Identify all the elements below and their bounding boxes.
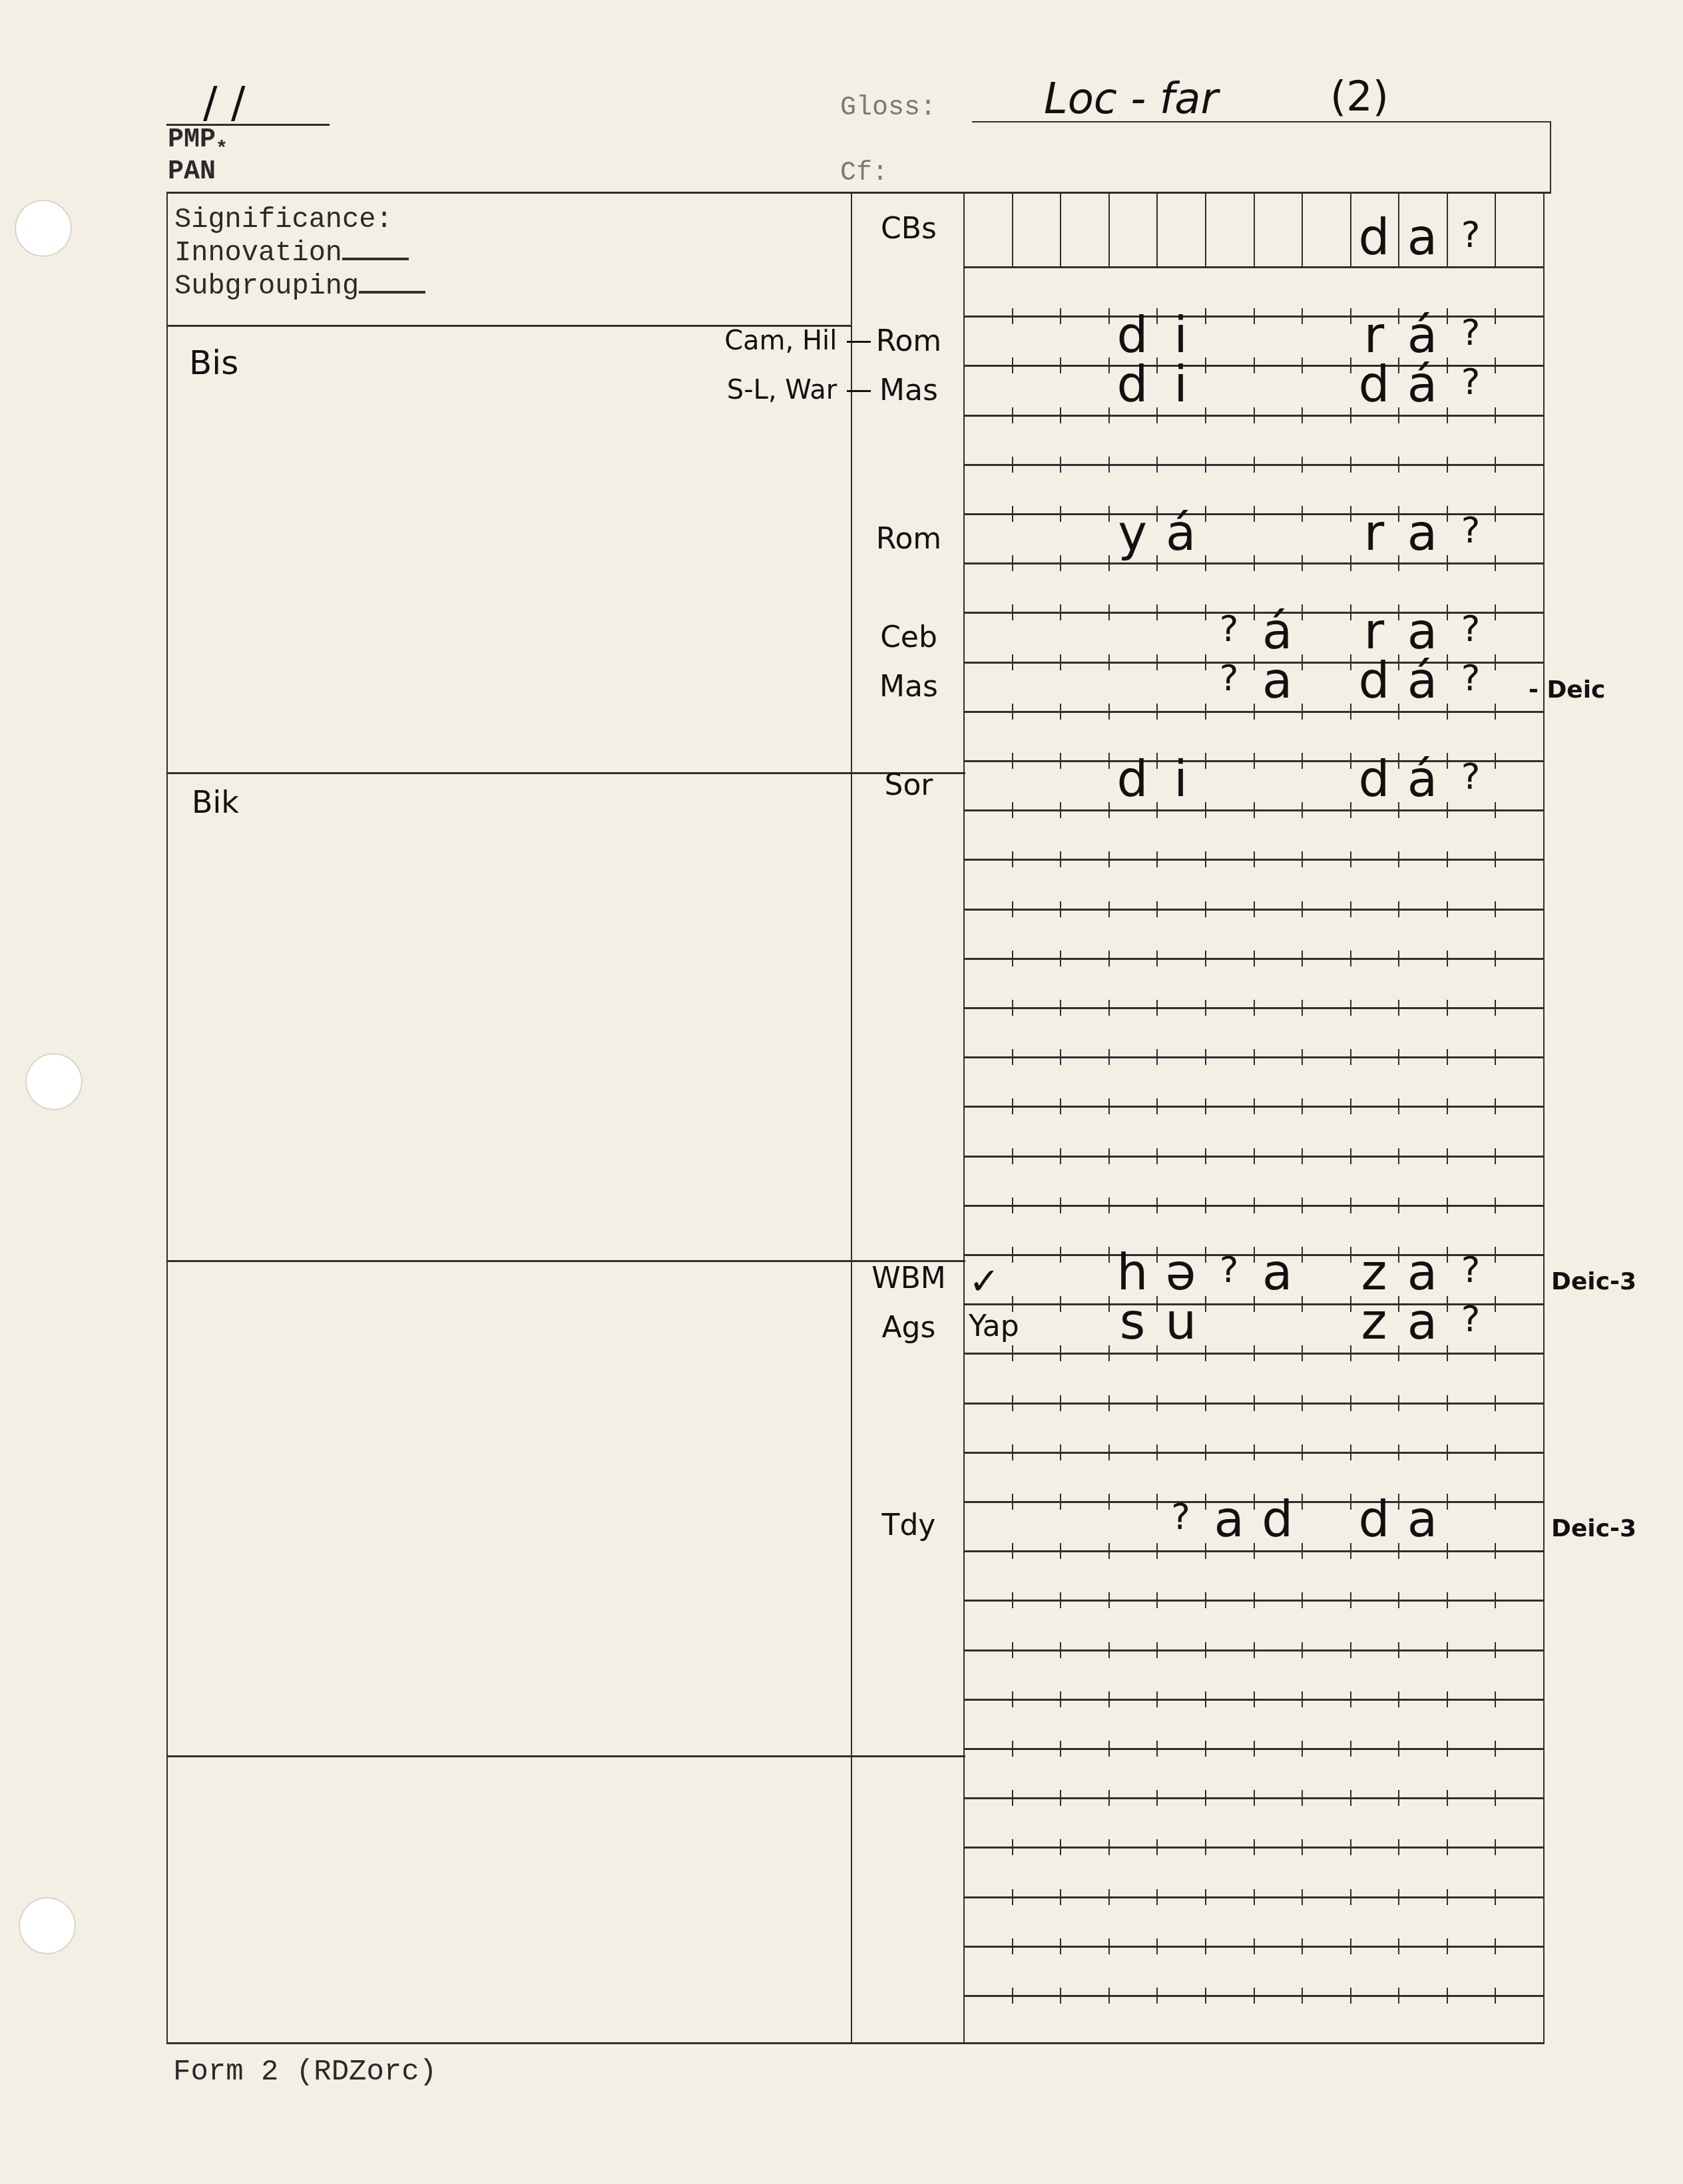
grid-tick — [1012, 901, 1013, 917]
grid-tick — [1302, 1345, 1303, 1361]
entry-segment: r — [1350, 607, 1399, 656]
grid-tick — [1447, 407, 1448, 423]
grid-tick — [1156, 1741, 1158, 1757]
grid-tick — [1495, 1098, 1496, 1114]
grid-tick — [1205, 457, 1206, 473]
grid-tick — [1254, 1296, 1255, 1312]
grid-tick — [1254, 851, 1255, 867]
grid-tick — [1302, 1000, 1303, 1016]
grid-tick — [1495, 1889, 1496, 1905]
grid-tick — [1495, 1592, 1496, 1608]
grid-tick — [1012, 1691, 1013, 1707]
grid-tick — [1254, 1049, 1255, 1065]
grid-tick — [1495, 1839, 1496, 1855]
grid-tick — [1012, 1938, 1013, 1954]
grid-tick — [1156, 1543, 1158, 1559]
grid-tick — [1156, 704, 1158, 720]
entry-language: CBs — [859, 212, 959, 246]
grid-tick — [1398, 1691, 1399, 1707]
grid-tick — [1254, 1741, 1255, 1757]
grid-tick — [1205, 1444, 1206, 1460]
grid-tick — [1012, 1988, 1013, 2004]
grid-tick — [1012, 951, 1013, 967]
gloss-number: (2) — [1330, 72, 1389, 120]
entry-segment: ? — [1205, 660, 1254, 696]
entry-segment: ? — [1447, 513, 1495, 548]
grid-tick — [1254, 506, 1255, 522]
grid-tick — [1205, 357, 1206, 373]
entry-segment: a — [1398, 509, 1447, 558]
grid-tick — [1254, 1938, 1255, 1954]
grid-tick — [1350, 1691, 1351, 1707]
entry-segment: d — [1350, 1495, 1399, 1544]
grid-tick — [1108, 1198, 1110, 1213]
grid-tick — [1350, 951, 1351, 967]
grid-tick — [1205, 1098, 1206, 1114]
entry-segment: d — [1350, 755, 1399, 804]
grid-tick — [1447, 1198, 1448, 1213]
grid-tick — [1302, 654, 1303, 670]
grid-tick — [1205, 851, 1206, 867]
grid-tick — [1447, 1345, 1448, 1361]
grid-tick — [1350, 1543, 1351, 1559]
grid-tick — [1495, 654, 1496, 670]
grid-tick — [1060, 1247, 1061, 1263]
grid-tick — [1302, 1049, 1303, 1065]
grid-tick — [1060, 1543, 1061, 1559]
grid-tick — [1495, 1296, 1496, 1312]
grid-tick — [1302, 1098, 1303, 1114]
grid-tick — [1302, 1395, 1303, 1411]
grid-tick — [1205, 1592, 1206, 1608]
grid-tick — [1254, 1198, 1255, 1213]
entry-annotation: Deic-3 — [1551, 1268, 1636, 1295]
entry-segment: h — [1108, 1248, 1157, 1297]
grid-tick — [1302, 753, 1303, 769]
grid-tick — [1254, 1345, 1255, 1361]
grid-tick — [1108, 1988, 1110, 2004]
grid-tick — [1012, 1839, 1013, 1855]
grid-tick — [1060, 1494, 1061, 1510]
entry-segment: a — [1254, 1248, 1302, 1297]
grid-tick — [1350, 1395, 1351, 1411]
grid-tick — [1302, 555, 1303, 571]
innovation-label: Innovation — [174, 237, 409, 269]
grid-tick — [1156, 654, 1158, 670]
grid-tick — [1012, 1889, 1013, 1905]
grid-tick — [1205, 1889, 1206, 1905]
grid-tick — [1398, 704, 1399, 720]
reconstruction-slashes: / / — [203, 79, 245, 128]
grid-tick — [1447, 1889, 1448, 1905]
grid-tick — [1447, 1938, 1448, 1954]
grid-tick — [1108, 1148, 1110, 1164]
grid-tick — [1205, 1741, 1206, 1757]
grid-tick — [1205, 1988, 1206, 2004]
section-divider-1 — [166, 772, 965, 774]
grid-tick — [1398, 951, 1399, 967]
grid-tick — [1447, 1839, 1448, 1855]
grid-tick — [1012, 555, 1013, 571]
entry-segment: a — [1398, 213, 1447, 262]
grid-tick — [1060, 901, 1061, 917]
grid-tick — [1060, 1741, 1061, 1757]
grid-tick — [1495, 555, 1496, 571]
entry-segment: á — [1254, 607, 1302, 656]
form-bottom-border — [166, 2042, 1545, 2044]
grid-tick — [1447, 1592, 1448, 1608]
grid-tick — [1350, 457, 1351, 473]
grid-tick — [1302, 704, 1303, 720]
grid-tick — [1398, 1345, 1399, 1361]
entry-segment: z — [1350, 1297, 1399, 1347]
entry-language: Mas — [859, 373, 959, 407]
grid-tick — [1108, 1049, 1110, 1065]
grid-column-line — [1205, 192, 1206, 266]
grid-tick — [1350, 1000, 1351, 1016]
grid-tick — [1495, 1247, 1496, 1263]
grid-tick — [1302, 1198, 1303, 1213]
grid-tick — [1254, 1098, 1255, 1114]
entry-segment: i — [1156, 360, 1205, 409]
grid-tick — [1012, 407, 1013, 423]
grid-tick — [1205, 1148, 1206, 1164]
entry-segment: z — [1350, 1248, 1399, 1297]
grid-tick — [1108, 1543, 1110, 1559]
grid-tick — [1060, 1839, 1061, 1855]
entry-segment: u — [1156, 1297, 1205, 1347]
entry-segment: ? — [1447, 217, 1495, 253]
grid-tick — [1060, 851, 1061, 867]
entry-segment: ə — [1156, 1248, 1205, 1297]
grid-tick — [1302, 1444, 1303, 1460]
grid-tick — [1302, 951, 1303, 967]
grid-column-line — [1302, 192, 1303, 266]
grid-tick — [1398, 1395, 1399, 1411]
grid-tick — [1447, 704, 1448, 720]
grid-tick — [1060, 1691, 1061, 1707]
grid-tick — [1398, 1988, 1399, 2004]
entry-segment: a — [1398, 1248, 1447, 1297]
grid-tick — [1012, 1098, 1013, 1114]
grid-tick — [1156, 1395, 1158, 1411]
grid-tick — [1302, 1642, 1303, 1658]
grid-tick — [1447, 1148, 1448, 1164]
grid-tick — [1060, 457, 1061, 473]
section-column-divider — [851, 192, 852, 2044]
entry-segment: d — [1108, 311, 1157, 360]
grid-tick — [1012, 1247, 1013, 1263]
grid-tick — [1205, 704, 1206, 720]
grid-tick — [1108, 1790, 1110, 1806]
grid-tick — [1108, 704, 1110, 720]
grid-tick — [1398, 851, 1399, 867]
pan-label: PAN — [168, 157, 216, 187]
section-label-bis: Bis — [189, 343, 238, 382]
grid-tick — [1302, 506, 1303, 522]
grid-tick — [1108, 604, 1110, 620]
grid-tick — [1398, 1938, 1399, 1954]
grid-tick — [1495, 1000, 1496, 1016]
grid-tick — [1205, 1296, 1206, 1312]
grid-tick — [1350, 1642, 1351, 1658]
grid-tick — [1060, 1000, 1061, 1016]
grid-tick — [1302, 802, 1303, 818]
grid-tick — [1254, 308, 1255, 324]
grid-tick — [1447, 555, 1448, 571]
grid-tick — [1205, 951, 1206, 967]
grid-tick — [1108, 1839, 1110, 1855]
grid-tick — [1156, 1148, 1158, 1164]
grid-tick — [1012, 1444, 1013, 1460]
grid-tick — [1447, 1494, 1448, 1510]
entry-segment: ? — [1447, 1252, 1495, 1288]
entry-segment: á — [1398, 656, 1447, 706]
entry-marker: ✓ — [969, 1260, 1000, 1303]
entry-segment: ? — [1447, 660, 1495, 696]
grid-tick — [1350, 1938, 1351, 1954]
grid-tick — [1447, 901, 1448, 917]
grid-tick — [1447, 1395, 1448, 1411]
grid-tick — [1156, 1642, 1158, 1658]
form-top-border — [166, 192, 1551, 194]
grid-tick — [1254, 1592, 1255, 1608]
grid-tick — [1060, 802, 1061, 818]
entry-segment: á — [1398, 360, 1447, 409]
grid-tick — [1012, 851, 1013, 867]
grid-tick — [1205, 1691, 1206, 1707]
grid-tick — [1447, 1444, 1448, 1460]
gloss-line — [972, 121, 1551, 122]
grid-tick — [1205, 753, 1206, 769]
grid-tick — [1254, 1691, 1255, 1707]
grid-tick — [1495, 1543, 1496, 1559]
grid-tick — [1012, 1592, 1013, 1608]
grid-tick — [1254, 1642, 1255, 1658]
grid-tick — [1495, 604, 1496, 620]
grid-tick — [1302, 1494, 1303, 1510]
grid-tick — [1205, 1198, 1206, 1213]
grid-tick — [1060, 1592, 1061, 1608]
grid-tick — [1254, 901, 1255, 917]
grid-tick — [1350, 851, 1351, 867]
entry-segment: i — [1156, 755, 1205, 804]
grid-tick — [1495, 1642, 1496, 1658]
grid-tick — [1447, 457, 1448, 473]
grid-tick — [1012, 308, 1013, 324]
grid-tick — [1156, 901, 1158, 917]
grid-tick — [1108, 1098, 1110, 1114]
entry-segment: a — [1205, 1495, 1254, 1544]
grid-tick — [1254, 753, 1255, 769]
grid-tick — [1302, 1592, 1303, 1608]
grid-tick — [1350, 1444, 1351, 1460]
grid-tick — [1350, 1198, 1351, 1213]
grid-column-line — [1495, 192, 1496, 266]
grid-tick — [1254, 457, 1255, 473]
entry-annotation: - Deic — [1529, 676, 1605, 704]
entry-language: Rom — [859, 324, 959, 358]
grid-tick — [1108, 1691, 1110, 1707]
grid-tick — [1156, 1988, 1158, 2004]
grid-tick — [1447, 851, 1448, 867]
grid-tick — [1060, 753, 1061, 769]
grid-tick — [1108, 1741, 1110, 1757]
entry-segment: s — [1108, 1297, 1157, 1347]
grid-tick — [1495, 357, 1496, 373]
grid-tick — [1302, 1691, 1303, 1707]
entry-segment: a — [1254, 656, 1302, 706]
entry-segment: y — [1108, 509, 1157, 558]
grid-tick — [1012, 704, 1013, 720]
grid-tick — [1254, 1889, 1255, 1905]
grid-tick — [1108, 802, 1110, 818]
grid-right-border — [1543, 192, 1545, 2044]
grid-tick — [1495, 802, 1496, 818]
grid-tick — [1060, 308, 1061, 324]
entry-segment: r — [1350, 311, 1399, 360]
grid-tick — [1254, 555, 1255, 571]
grid-tick — [1495, 1691, 1496, 1707]
grid-tick — [1060, 357, 1061, 373]
grid-tick — [1254, 1395, 1255, 1411]
entry-language: WBM — [859, 1261, 959, 1295]
grid-tick — [1495, 1198, 1496, 1213]
grid-tick — [1012, 753, 1013, 769]
grid-tick — [1398, 1592, 1399, 1608]
entry-segment: d — [1350, 656, 1399, 706]
grid-tick — [1205, 308, 1206, 324]
grid-tick — [1012, 357, 1013, 373]
grid-tick — [1108, 851, 1110, 867]
grid-tick — [1156, 407, 1158, 423]
form-label: Form 2 (RDZorc) — [173, 2056, 437, 2089]
grid-tick — [1108, 1345, 1110, 1361]
section-divider-2 — [166, 1260, 965, 1262]
entry-segment: ? — [1156, 1499, 1205, 1535]
grid-tick — [1350, 1988, 1351, 2004]
grid-tick — [1060, 1938, 1061, 1954]
significance-title: Significance: — [174, 204, 393, 236]
grid-tick — [1254, 951, 1255, 967]
binder-hole-top — [15, 200, 72, 257]
grid-tick — [1447, 1691, 1448, 1707]
grid-tick — [1012, 1345, 1013, 1361]
section-label-bik: Bik — [192, 784, 239, 820]
grid-tick — [1398, 1889, 1399, 1905]
grid-tick — [1108, 1444, 1110, 1460]
grid-tick — [1302, 1839, 1303, 1855]
grid-tick — [1156, 1889, 1158, 1905]
entry-source-note: S-L, War — — [727, 375, 872, 405]
entry-segment: ? — [1447, 1301, 1495, 1337]
grid-tick — [1350, 1592, 1351, 1608]
grid-tick — [1398, 457, 1399, 473]
grid-tick — [1495, 1494, 1496, 1510]
grid-tick — [1398, 1839, 1399, 1855]
grid-left-border — [963, 192, 965, 2044]
grid-tick — [1254, 1988, 1255, 2004]
grid-tick — [1156, 1691, 1158, 1707]
grid-tick — [1398, 802, 1399, 818]
entry-source-note: Cam, Hil — — [724, 326, 872, 356]
grid-tick — [1060, 951, 1061, 967]
entry-segment: d — [1254, 1495, 1302, 1544]
form-left-border — [166, 192, 168, 2044]
grid-tick — [1302, 1988, 1303, 2004]
grid-tick — [1350, 1741, 1351, 1757]
grid-tick — [1495, 753, 1496, 769]
grid-tick — [1205, 407, 1206, 423]
grid-tick — [1012, 1000, 1013, 1016]
entry-segment: ? — [1447, 364, 1495, 400]
grid-tick — [1108, 1494, 1110, 1510]
grid-tick — [1108, 1889, 1110, 1905]
entry-segment: ? — [1205, 1252, 1254, 1288]
grid-tick — [1350, 901, 1351, 917]
grid-tick — [1156, 457, 1158, 473]
grid-tick — [1398, 1790, 1399, 1806]
entry-annotation: Deic-3 — [1551, 1515, 1636, 1542]
entry-marker: Yap — [969, 1309, 1019, 1343]
grid-tick — [1254, 1444, 1255, 1460]
entry-segment: ? — [1205, 611, 1254, 647]
grid-tick — [1495, 1988, 1496, 2004]
grid-tick — [1495, 1741, 1496, 1757]
entry-segment: ? — [1447, 759, 1495, 795]
grid-tick — [1254, 1790, 1255, 1806]
entry-language: Sor — [859, 768, 959, 802]
grid-tick — [1302, 851, 1303, 867]
grid-tick — [1447, 1790, 1448, 1806]
entry-segment: á — [1398, 311, 1447, 360]
grid-tick — [1495, 308, 1496, 324]
grid-tick — [1302, 1889, 1303, 1905]
grid-tick — [1302, 1543, 1303, 1559]
grid-tick — [1205, 1049, 1206, 1065]
binder-hole-middle — [25, 1053, 83, 1110]
grid-tick — [1254, 704, 1255, 720]
cf-label: Cf: — [840, 158, 888, 188]
grid-tick — [1012, 457, 1013, 473]
grid-tick — [1012, 1049, 1013, 1065]
entry-language: Mas — [859, 670, 959, 704]
grid-tick — [1254, 1000, 1255, 1016]
grid-tick — [1012, 654, 1013, 670]
grid-tick — [1302, 1938, 1303, 1954]
grid-tick — [1254, 1148, 1255, 1164]
grid-column-line — [1108, 192, 1110, 266]
grid-tick — [1254, 1839, 1255, 1855]
grid-tick — [1495, 851, 1496, 867]
grid-tick — [1350, 1790, 1351, 1806]
grid-tick — [1012, 1543, 1013, 1559]
grid-tick — [1495, 1444, 1496, 1460]
entry-segment: d — [1350, 360, 1399, 409]
grid-tick — [1060, 1296, 1061, 1312]
grid-tick — [1012, 1741, 1013, 1757]
grid-tick — [1350, 1049, 1351, 1065]
entry-segment: a — [1398, 607, 1447, 656]
grid-tick — [1447, 1049, 1448, 1065]
grid-tick — [1495, 1049, 1496, 1065]
grid-tick — [1495, 1938, 1496, 1954]
grid-tick — [1302, 1790, 1303, 1806]
entry-language: Ags — [859, 1311, 959, 1345]
grid-tick — [1254, 1543, 1255, 1559]
entry-segment: d — [1350, 213, 1399, 262]
grid-tick — [1447, 1642, 1448, 1658]
